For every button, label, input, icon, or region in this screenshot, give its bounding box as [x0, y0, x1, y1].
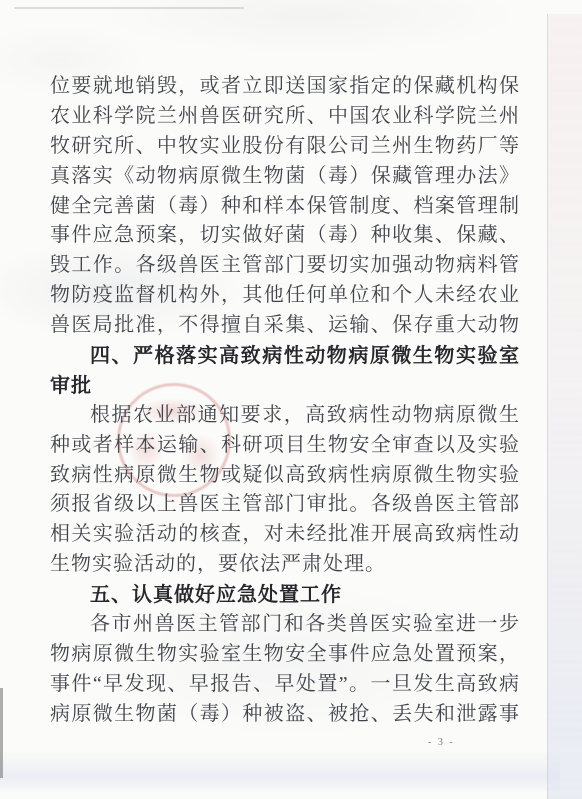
scanned-document-page: 位要就地销毁，或者立即送国家指定的保藏机构保存。中国农业科学院兰州兽医研究所、中…: [0, 0, 582, 799]
section-heading-4: 四、严格落实高致病性动物病原微生物实验室生物安全审批: [50, 341, 520, 401]
text-line: 致病性病原微生物或疑似高致病性病原微生物实验活动，必: [50, 461, 520, 491]
text-line: 物防疫监督机构外，其他任何单位和个人未经农业部或者省: [50, 281, 520, 311]
text-line: 相关实验活动的核查，对未经批准开展高致病性动物病原微: [50, 520, 520, 550]
paragraph-continuation: 位要就地销毁，或者立即送国家指定的保藏机构保存。中国农业科学院兰州兽医研究所、中…: [50, 72, 520, 341]
text-line: 真落实《动物病原微生物菌（毒）保藏管理办法》有关要求，: [50, 162, 520, 192]
scan-artifact-top: [14, 7, 244, 9]
text-line: 生物实验活动的，要依法严肃处理。: [50, 550, 520, 580]
scan-edge-left: [0, 688, 3, 778]
scan-shadow-bottom: [0, 751, 560, 791]
text-line: 毁工作。各级兽医主管部门要切实加强动物病料管理，除动: [50, 251, 520, 281]
text-line: 四、严格落实高致病性动物病原微生物实验室生物安全: [50, 341, 520, 371]
text-line: 事件应急预案，切实做好菌（毒）种收集、保藏、供应和销: [50, 221, 520, 251]
text-line: 种或者样本运输、科研项目生物安全审查以及实验室从事高: [50, 431, 520, 461]
text-line: 牧研究所、中牧实业股份有限公司兰州生物药厂等单位要认: [50, 132, 520, 162]
section-heading-5: 五、认真做好应急处置工作: [50, 580, 520, 610]
document-body-text: 位要就地销毁，或者立即送国家指定的保藏机构保存。中国农业科学院兰州兽医研究所、中…: [50, 72, 520, 730]
text-line: 位要就地销毁，或者立即送国家指定的保藏机构保存。中国: [50, 72, 520, 102]
text-line: 病原微生物菌（毒）种被盗、被抢、丢失和泄露事件的，要: [50, 700, 520, 730]
text-line: 事件“早发现、早报告、早处置”。一旦发生高致病性动物: [50, 670, 520, 700]
paragraph-section-5: 各市州兽医主管部门和各类兽医实验室进一步完善动物病原微生物实验室生物安全事件应急…: [50, 610, 520, 730]
text-line: 各市州兽医主管部门和各类兽医实验室进一步完善动: [50, 610, 520, 640]
text-line: 兽医局批准，不得擅自采集、运输、保存重大动物疫病病料。: [50, 311, 520, 341]
text-line: 物病原微生物实验室生物安全事件应急处置预案，做到突发: [50, 640, 520, 670]
text-line: 健全完善菌（毒）种和样本保管制度、档案管理制度和突发: [50, 192, 520, 222]
scan-edge-right: [547, 14, 582, 799]
text-line: 审批: [50, 371, 520, 401]
text-line: 农业科学院兰州兽医研究所、中国农业科学院兰州兽药与畜: [50, 102, 520, 132]
text-line: 根据农业部通知要求，高致病性动物病原微生物菌（毒）: [50, 401, 520, 431]
text-line: 须报省级以上兽医主管部门审批。各级兽医主管部门要加强: [50, 490, 520, 520]
page-number: - 3 -: [428, 737, 455, 748]
text-line: 五、认真做好应急处置工作: [50, 580, 520, 610]
paragraph-section-4: 根据农业部通知要求，高致病性动物病原微生物菌（毒）种或者样本运输、科研项目生物安…: [50, 401, 520, 580]
